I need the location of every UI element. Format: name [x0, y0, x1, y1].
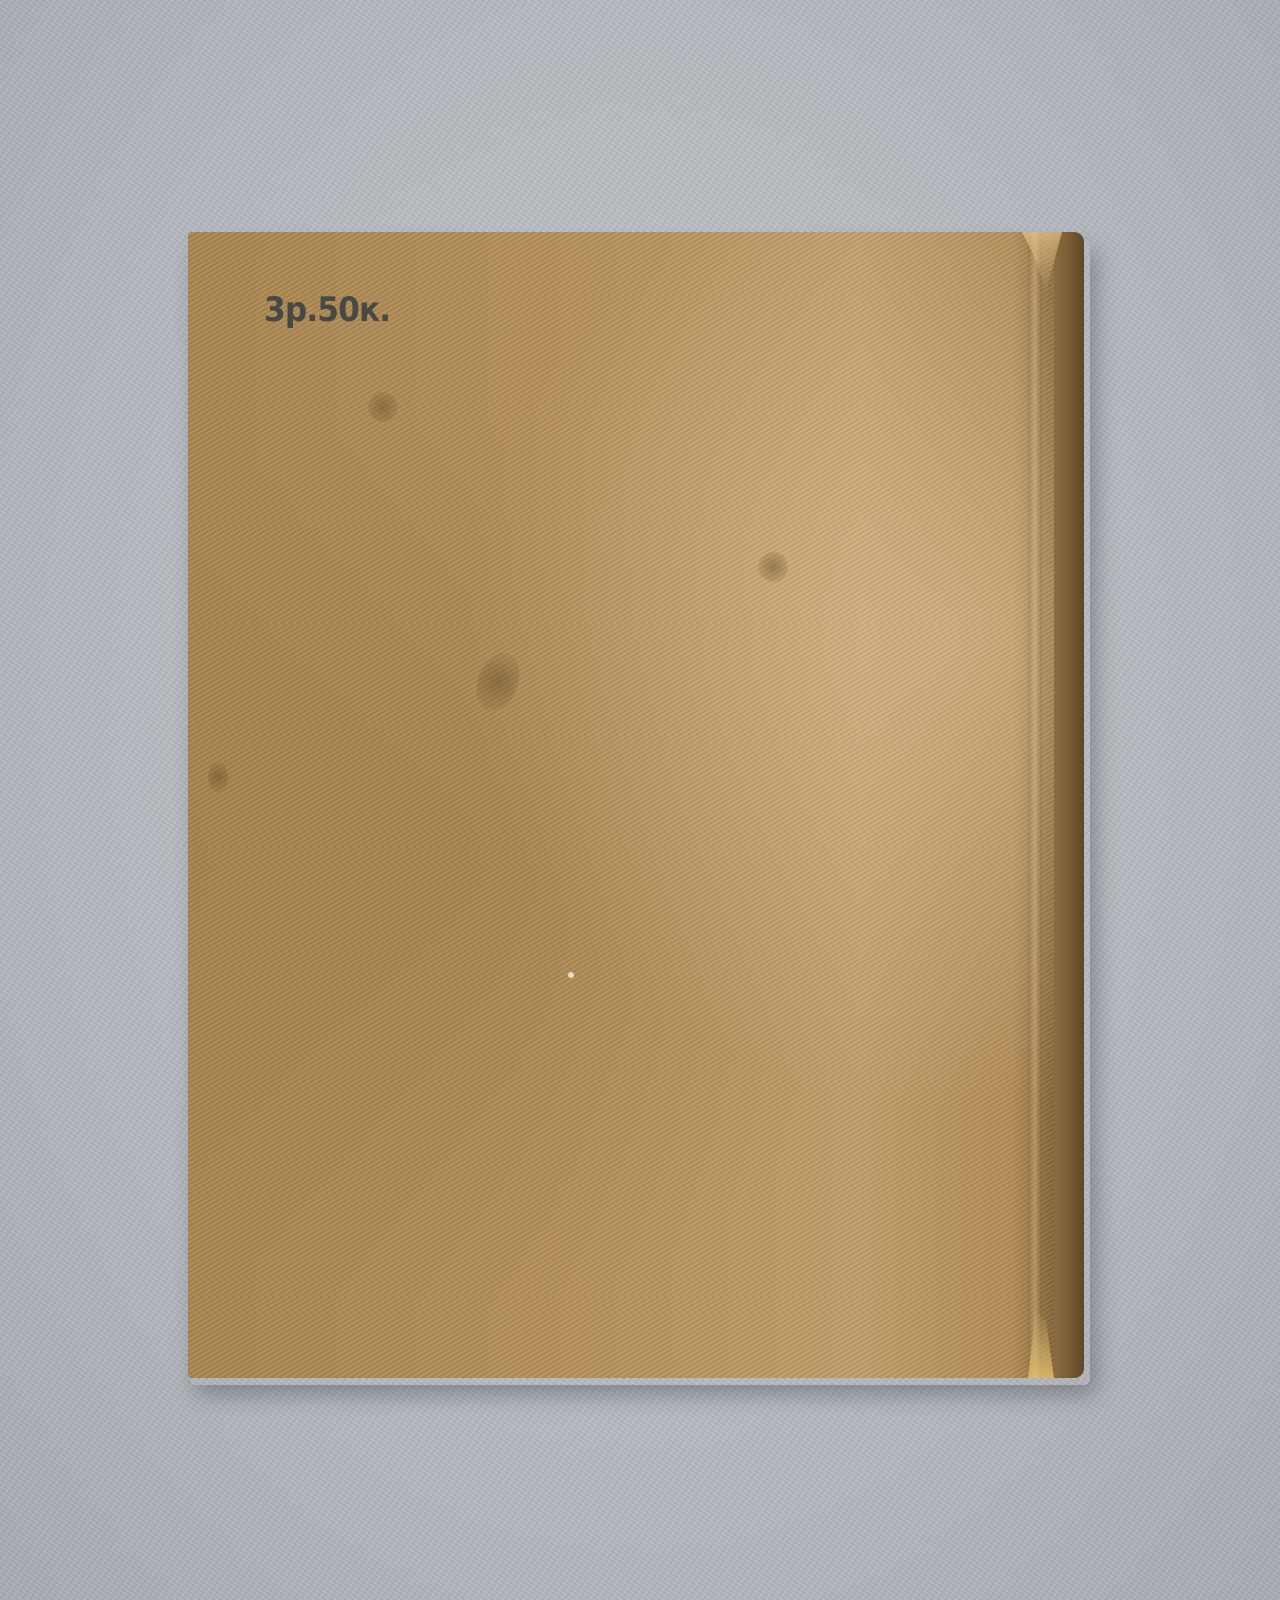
book-back-cover: 3р.50к. — [188, 232, 1084, 1378]
book-spine-edge — [1054, 232, 1084, 1378]
price-label: 3р.50к. — [264, 290, 390, 330]
stain-mark — [208, 762, 228, 792]
spine-hinge — [1028, 232, 1042, 1378]
stain-mark — [758, 552, 788, 582]
cloth-texture — [188, 232, 1084, 1378]
stain-mark — [368, 392, 398, 422]
speck-mark — [568, 972, 574, 978]
